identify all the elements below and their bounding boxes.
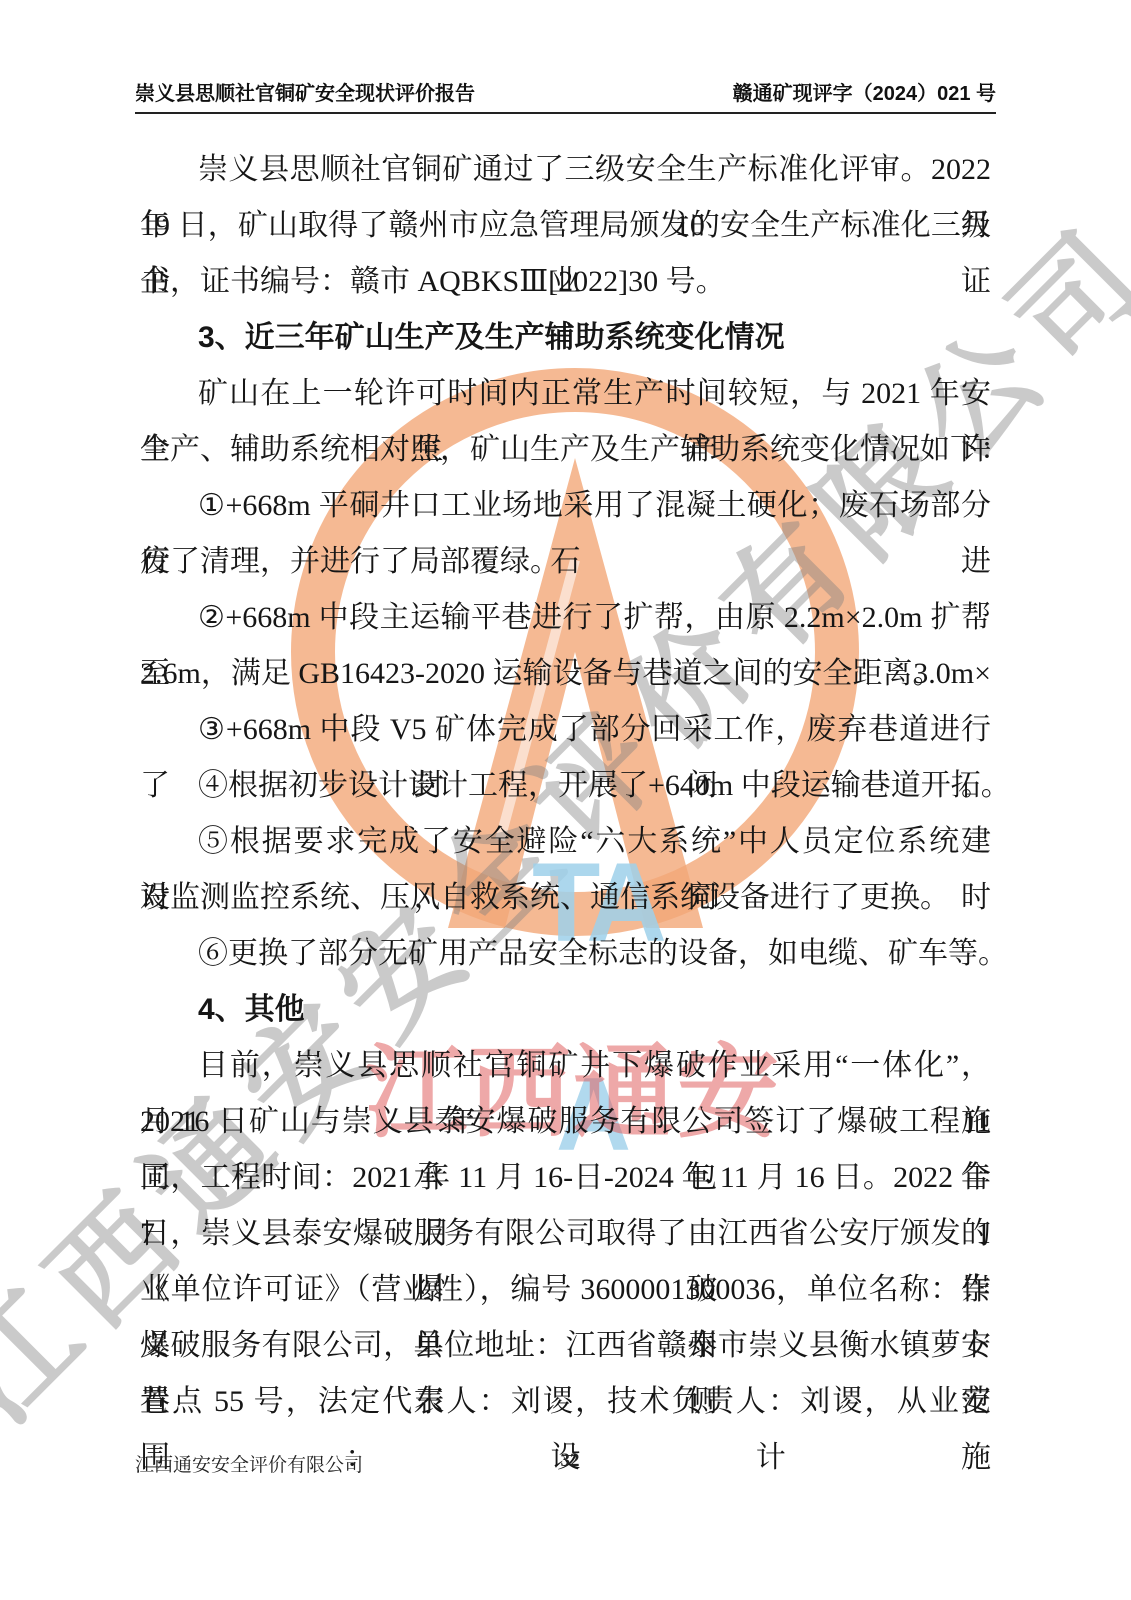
text-line: 月 16 日矿山与崇义县泰安爆破服务有限公司签订了爆破工程施工承包合 — [140, 1094, 991, 1150]
page-footer: 江西通安安全评价有限公司 32 — [135, 1450, 996, 1476]
text-line: 矿山在上一轮许可时间内正常生产时间较短，与 2021 年安全生产许 — [140, 366, 991, 422]
body-lines: 崇义县思顺社官铜矿通过了三级安全生产标准化评审。2022 年 10 月19 日，… — [140, 142, 991, 1430]
text-line: 对监测监控系统、压风自救系统、通信系统设备进行了更换。 — [140, 870, 991, 926]
text-line: ②+668m 中段主运输平巷进行了扩帮，由原 2.2m×2.0m 扩帮至 3.0… — [140, 590, 991, 646]
text-line: ⑤根据要求完成了安全避险“六大系统”中人员定位系统建设，同时 — [140, 814, 991, 870]
text-line: 崇义县思顺社官铜矿通过了三级安全生产标准化评审。2022 年 10 月 — [140, 142, 991, 198]
header-document-number: 赣通矿现评字（2024）021 号 — [733, 77, 996, 106]
text-line: ④根据初步设计设计工程，开展了+640m 中段运输巷道开拓。 — [140, 758, 991, 814]
text-line: ⑥更换了部分无矿用产品安全标志的设备，如电缆、矿车等。 — [140, 926, 991, 982]
page-number: 32 — [540, 1450, 600, 1472]
text-line: 置点 55 号，法定代表人：刘谡，技术负责人：刘谡，从业范围：设计施 — [140, 1374, 991, 1430]
header-report-title: 崇义县思顺社官铜矿安全现状评价报告 — [135, 77, 475, 106]
text-line: 业单位许可证》（营业性），编号 3600001300036，单位名称：崇义县泰安 — [140, 1262, 991, 1318]
footer-company-name: 江西通安安全评价有限公司 — [135, 1450, 363, 1477]
section-heading: 4、其他 — [140, 982, 991, 1038]
text-line: 目前，崇义县思顺社官铜矿井下爆破作业采用“一体化”，2021 年 11 — [140, 1038, 991, 1094]
section-heading: 3、近三年矿山生产及生产辅助系统变化情况 — [140, 310, 991, 366]
page-header: 崇义县思顺社官铜矿安全现状评价报告 赣通矿现评字（2024）021 号 — [135, 72, 996, 114]
text-line: 同，工程时间：2021 年 11 月 16-日-2024 年 11 月 16 日… — [140, 1150, 991, 1206]
text-line: 爆破服务有限公司，单位地址：江西省赣州市崇义县衡水镇萝卜巷东侧安 — [140, 1318, 991, 1374]
text-line: 19 日，矿山取得了赣州市应急管理局颁发的安全生产标准化三级企业证 — [140, 198, 991, 254]
text-line: ①+668m 平硐井口工业场地采用了混凝土硬化；废石场部分废石进 — [140, 478, 991, 534]
text-line: 日，崇义县泰安爆破服务有限公司取得了由江西省公安厅颁发的《爆破作 — [140, 1206, 991, 1262]
text-line: ③+668m 中段 V5 矿体完成了部分回采工作，废弃巷道进行了封闭。 — [140, 702, 991, 758]
text-line: 2.6m，满足 GB16423-2020 运输设备与巷道之间的安全距离。 — [140, 646, 991, 702]
report-page: 江西通安安全评价有限公司 TA A 江西通安 崇义县思顺社官铜矿安全现状评价报告… — [0, 0, 1131, 1600]
text-line: 生产、辅助系统相对照，矿山生产及生产辅助系统变化情况如下： — [140, 422, 991, 478]
